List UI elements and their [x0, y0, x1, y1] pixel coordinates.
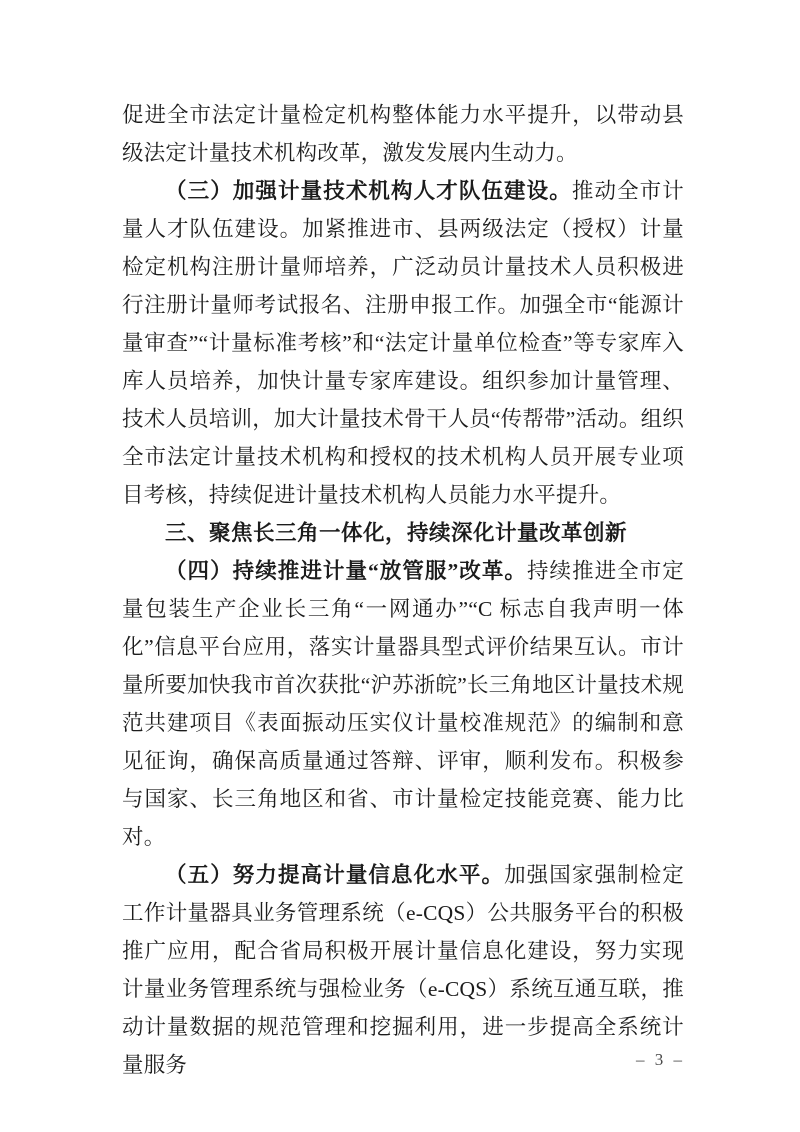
paragraph-section-5: （五）努力提高计量信息化水平。加强国家强制检定工作计量器具业务管理系统（e-CQ… — [122, 856, 684, 1084]
paragraph-text: 促进全市法定计量检定机构整体能力水平提升，以带动县级法定计量技术机构改革，激发发… — [122, 103, 684, 165]
paragraph-section-3: （三）加强计量技术机构人才队伍建设。推动全市计量人才队伍建设。加紧推进市、县两级… — [122, 172, 684, 514]
paragraph-continued: 促进全市法定计量检定机构整体能力水平提升，以带动县级法定计量技术机构改革，激发发… — [122, 96, 684, 172]
paragraph-section-4: （四）持续推进计量“放管服”改革。持续推进全市定量包装生产企业长三角“一网通办”… — [122, 552, 684, 856]
paragraph-lead: （三）加强计量技术机构人才队伍建设。 — [165, 179, 572, 203]
paragraph-text: 持续推进全市定量包装生产企业长三角“一网通办”“C 标志自我声明一体化”信息平台… — [122, 559, 684, 849]
paragraph-lead: （五）努力提高计量信息化水平。 — [165, 863, 504, 887]
paragraph-text: 推动全市计量人才队伍建设。加紧推进市、县两级法定（授权）计量检定机构注册计量师培… — [122, 179, 684, 507]
page-number: – 3 – — [636, 1050, 685, 1070]
section-heading: 三、聚焦长三角一体化，持续深化计量改革创新 — [122, 514, 684, 552]
paragraph-text: 加强国家强制检定工作计量器具业务管理系统（e-CQS）公共服务平台的积极推广应用… — [122, 863, 684, 1077]
paragraph-lead: （四）持续推进计量“放管服”改革。 — [165, 559, 527, 583]
document-page: 促进全市法定计量检定机构整体能力水平提升，以带动县级法定计量技术机构改革，激发发… — [0, 0, 800, 1132]
document-body: 促进全市法定计量检定机构整体能力水平提升，以带动县级法定计量技术机构改革，激发发… — [122, 96, 684, 1084]
